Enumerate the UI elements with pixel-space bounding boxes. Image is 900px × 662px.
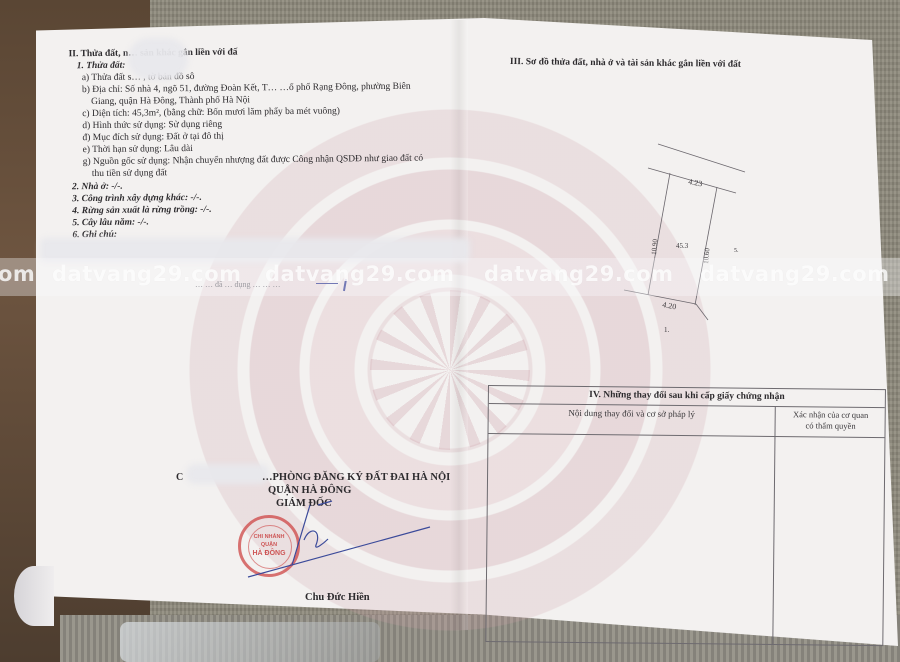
column-divider — [772, 436, 775, 644]
right-mark: 5. — [734, 248, 739, 254]
watermark-text: datvang29.com — [700, 262, 890, 286]
redaction-blur — [186, 464, 270, 484]
handwritten-signature — [230, 495, 470, 585]
column-header-authority-confirmation: Xác nhận của cơ quan có thẩm quyền — [774, 406, 885, 440]
redaction-blur — [128, 38, 188, 80]
parcel-label: 1. — [664, 326, 670, 334]
column-header-change-content: Nội dung thay đổi và cơ sở pháp lý — [488, 403, 774, 438]
changes-table: IV. Những thay đổi sau khi cấp giấy chứn… — [485, 385, 886, 646]
item-4: 4. Rừng sản xuất là rừng trồng: -/-. — [72, 204, 212, 217]
issuing-office: …PHÒNG ĐĂNG KÝ ĐẤT ĐAI HÀ NỘI — [262, 472, 450, 484]
watermark-fragment: om — [0, 262, 35, 286]
plastic-sheet — [120, 622, 380, 662]
watermark-text: datvang29.com — [265, 262, 455, 286]
watermark-text: datvang29.com — [484, 262, 674, 286]
column-header-line1: Xác nhận của cơ quan — [776, 409, 886, 421]
signature-prefix: C — [176, 472, 183, 484]
watermark-text: datvang29.com — [52, 262, 242, 286]
item-5: 5. Cây lâu năm: -/-. — [72, 216, 149, 229]
item-2: 2. Nhà ở: -/-. — [72, 181, 123, 194]
bottom-edge-length: 4.20 — [662, 300, 677, 311]
signer-name: Chu Đức Hiền — [305, 592, 370, 604]
left-edge-length: 10.90 — [650, 238, 659, 255]
top-edge-length: 4.23 — [688, 177, 703, 188]
item-1dd: đ) Mục đích sử dụng: Đất ở tại đô thị — [82, 131, 223, 144]
item-1-label: 1. Thửa đất: — [77, 60, 126, 73]
item-1g-line2: thu tiền sử dụng đất — [92, 167, 167, 180]
column-header-line2: có thẩm quyền — [776, 420, 886, 432]
land-parcel-diagram: 4.23 10.90 45.3 10.60 4.20 1. 5. — [600, 130, 780, 340]
parcel-area: 45.3 — [676, 242, 689, 250]
page-curl — [14, 566, 54, 626]
changes-table-header: Nội dung thay đổi và cơ sở pháp lý Xác n… — [488, 403, 884, 438]
